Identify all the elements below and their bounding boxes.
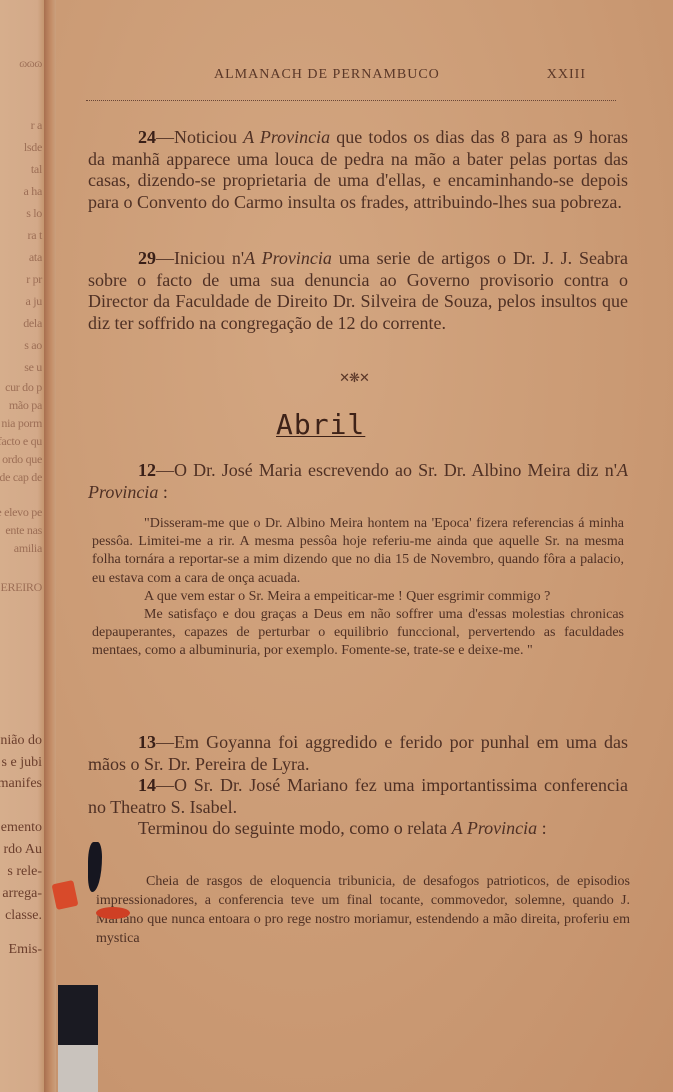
prev-page-fragment: emento xyxy=(1,820,42,836)
prev-page-fragment: nia porm xyxy=(1,416,42,431)
entry-april-13: 13—Em Goyanna foi aggredido e ferido por… xyxy=(88,732,628,775)
quote-paragraph: "Disseram-me que o Dr. Albino Meira hont… xyxy=(92,515,624,588)
entry-april-14: 14—O Sr. Dr. José Mariano fez uma import… xyxy=(88,775,628,840)
prev-page-fragment: r pr xyxy=(26,272,42,287)
entry-day: 14 xyxy=(138,775,156,795)
prev-page-fragment: rdo Au xyxy=(4,842,43,858)
book-spine xyxy=(44,0,56,1092)
prev-page-fragment: facto e qu xyxy=(0,434,42,449)
red-stain xyxy=(96,907,130,919)
prev-page-fragment: s e jubi xyxy=(2,755,42,771)
conference-quote: Cheia de rasgos de eloquencia tribunicia… xyxy=(96,872,630,948)
prev-page-fragment: ente nas xyxy=(5,523,42,538)
quoted-letter: "Disseram-me que o Dr. Albino Meira hont… xyxy=(92,515,624,661)
prev-page-fragment: ata xyxy=(29,250,42,265)
prev-page-fragment: ra t xyxy=(28,228,42,243)
entry-text: —Em Goyanna foi aggredido e ferido por p… xyxy=(88,732,628,774)
prev-page-fragment: tal xyxy=(31,162,42,177)
prev-page-fragment: se elevo pe xyxy=(0,505,42,520)
quote-paragraph: Me satisfaço e dou graças a Deus em não … xyxy=(92,606,624,661)
entry-text: —O Dr. José Maria escrevendo ao Sr. Dr. … xyxy=(156,460,617,480)
prev-page-fragment: s lo xyxy=(26,206,42,221)
entry-text: Terminou do seguinte modo, como o relata xyxy=(138,818,452,838)
entry-march-24: 24—Noticiou A Provincia que todos os dia… xyxy=(88,127,628,213)
black-binding-tab xyxy=(58,985,98,1045)
entry-april-12: 12—O Dr. José Maria escrevendo ao Sr. Dr… xyxy=(88,460,628,503)
prev-page-fragment: s ao xyxy=(24,338,42,353)
prev-page-fragment: cur do p xyxy=(5,380,42,395)
month-heading: Abril xyxy=(276,408,365,441)
prev-page-fragment: dela xyxy=(23,316,42,331)
prev-page-fragment: ɷɷɷ xyxy=(19,56,42,71)
prev-page-fragment: s rele- xyxy=(7,864,42,880)
running-header: ALMANACH DE PERNAMBUCO XXIII xyxy=(214,67,614,87)
prev-page-fragment: arrega- xyxy=(2,886,42,902)
prev-page-fragment: manifes xyxy=(0,776,42,792)
prev-page-fragment: amilia xyxy=(14,541,42,556)
prev-page-fragment: r a xyxy=(31,118,42,133)
entry-day: 29 xyxy=(138,248,156,268)
entry-text: —O Sr. Dr. José Mariano fez uma importan… xyxy=(88,775,628,817)
prev-page-fragment: a ju xyxy=(26,294,42,309)
prev-page-fragment: lsde xyxy=(24,140,42,155)
entry-march-29: 29—Iniciou n'A Provincia uma serie de ar… xyxy=(88,248,628,334)
entry-text: : xyxy=(537,818,547,838)
entry-day: 12 xyxy=(138,460,156,480)
previous-page-edge: ɷɷɷ r a lsde tal a ha s lo ra t ata r pr… xyxy=(0,0,44,1092)
prev-page-fragment: nião do xyxy=(0,733,42,749)
entry-text: : xyxy=(158,482,168,502)
header-rule xyxy=(86,100,616,101)
newspaper-name: A Provincia xyxy=(243,127,330,147)
page-number: XXIII xyxy=(547,67,586,83)
prev-page-fragment: a ha xyxy=(24,184,42,199)
entry-text: —Iniciou n' xyxy=(156,248,244,268)
section-ornament: ✕❋✕ xyxy=(314,370,394,386)
prev-page-fragment: classe. xyxy=(5,908,42,924)
latin-phrase: pro rege nostro moriamur xyxy=(265,912,409,927)
prev-page-fragment: se u xyxy=(24,360,42,375)
prev-page-fragment: o ordo que xyxy=(0,452,42,467)
newspaper-name: A Provincia xyxy=(452,818,537,838)
quote-paragraph: A que vem estar o Sr. Meira a empeiticar… xyxy=(92,588,624,606)
prev-page-fragment: de cap de xyxy=(0,470,42,485)
prev-page-fragment: EREIRO xyxy=(0,580,42,595)
almanac-title: ALMANACH DE PERNAMBUCO xyxy=(214,67,440,83)
grey-binding-tab xyxy=(58,1045,98,1092)
prev-page-fragment: Emis- xyxy=(9,942,42,958)
prev-page-fragment: mão pa xyxy=(9,398,42,413)
entry-day: 13 xyxy=(138,732,156,752)
newspaper-name: A Provincia xyxy=(244,248,332,268)
entry-text: —Noticiou xyxy=(156,127,243,147)
entry-day: 24 xyxy=(138,127,156,147)
